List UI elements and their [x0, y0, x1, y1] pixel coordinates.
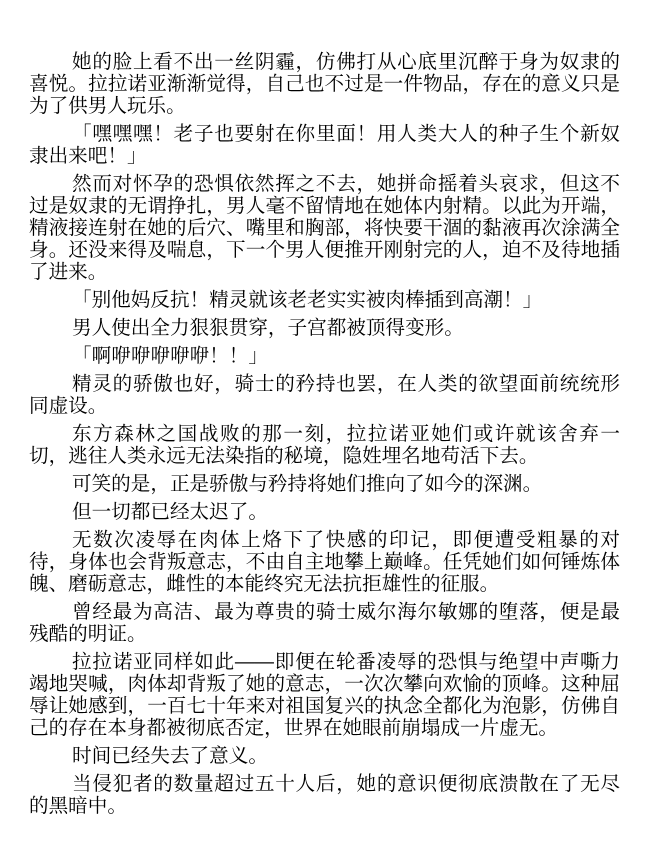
paragraph: 「别他妈反抗！精灵就该老老实实被肉棒插到高潮！」 [29, 289, 620, 311]
paragraph: 她的脸上看不出一丝阴霾，仿佛打从心底里沉醉于身为奴隶的喜悦。拉拉诺亚渐渐觉得，自… [29, 51, 620, 117]
paragraph: 然而对怀孕的恐惧依然挥之不去，她拼命摇着头哀求，但这不过是奴隶的无谓挣扎，男人毫… [29, 173, 620, 283]
paragraph: 「啊咿咿咿咿咿！！」 [29, 345, 620, 367]
paragraph: 时间已经失去了意义。 [29, 745, 620, 767]
paragraph: 可笑的是，正是骄傲与矜持将她们推向了如今的深渊。 [29, 473, 620, 495]
paragraph: 当侵犯者的数量超过五十人后，她的意识便彻底溃散在了无尽的黑暗中。 [29, 773, 620, 817]
reader-page: 她的脸上看不出一丝阴霾，仿佛打从心底里沉醉于身为奴隶的喜悦。拉拉诺亚渐渐觉得，自… [0, 0, 650, 850]
paragraph: 精灵的骄傲也好，骑士的矜持也罢，在人类的欲望面前统统形同虚设。 [29, 373, 620, 417]
paragraph: 东方森林之国战败的那一刻，拉拉诺亚她们或许就该舍弃一切，逃往人类永远无法染指的秘… [29, 423, 620, 467]
paragraph: 男人使出全力狠狠贯穿，子宫都被顶得变形。 [29, 317, 620, 339]
paragraph: 无数次凌辱在肉体上烙下了快感的印记，即便遭受粗暴的对待，身体也会背叛意志，不由自… [29, 529, 620, 595]
paragraph: 拉拉诺亚同样如此——即便在轮番凌辱的恐惧与绝望中声嘶力竭地哭喊，肉体却背叛了她的… [29, 651, 620, 739]
paragraph: 曾经最为高洁、最为尊贵的骑士威尔海尔敏娜的堕落，便是最残酷的明证。 [29, 601, 620, 645]
paragraph: 「嘿嘿嘿！老子也要射在你里面！用人类大人的种子生个新奴隶出来吧！」 [29, 123, 620, 167]
page-background: { "content": { "paragraphs": [ "她的脸上看不出一… [0, 0, 650, 850]
paragraph: 但一切都已经太迟了。 [29, 501, 620, 523]
